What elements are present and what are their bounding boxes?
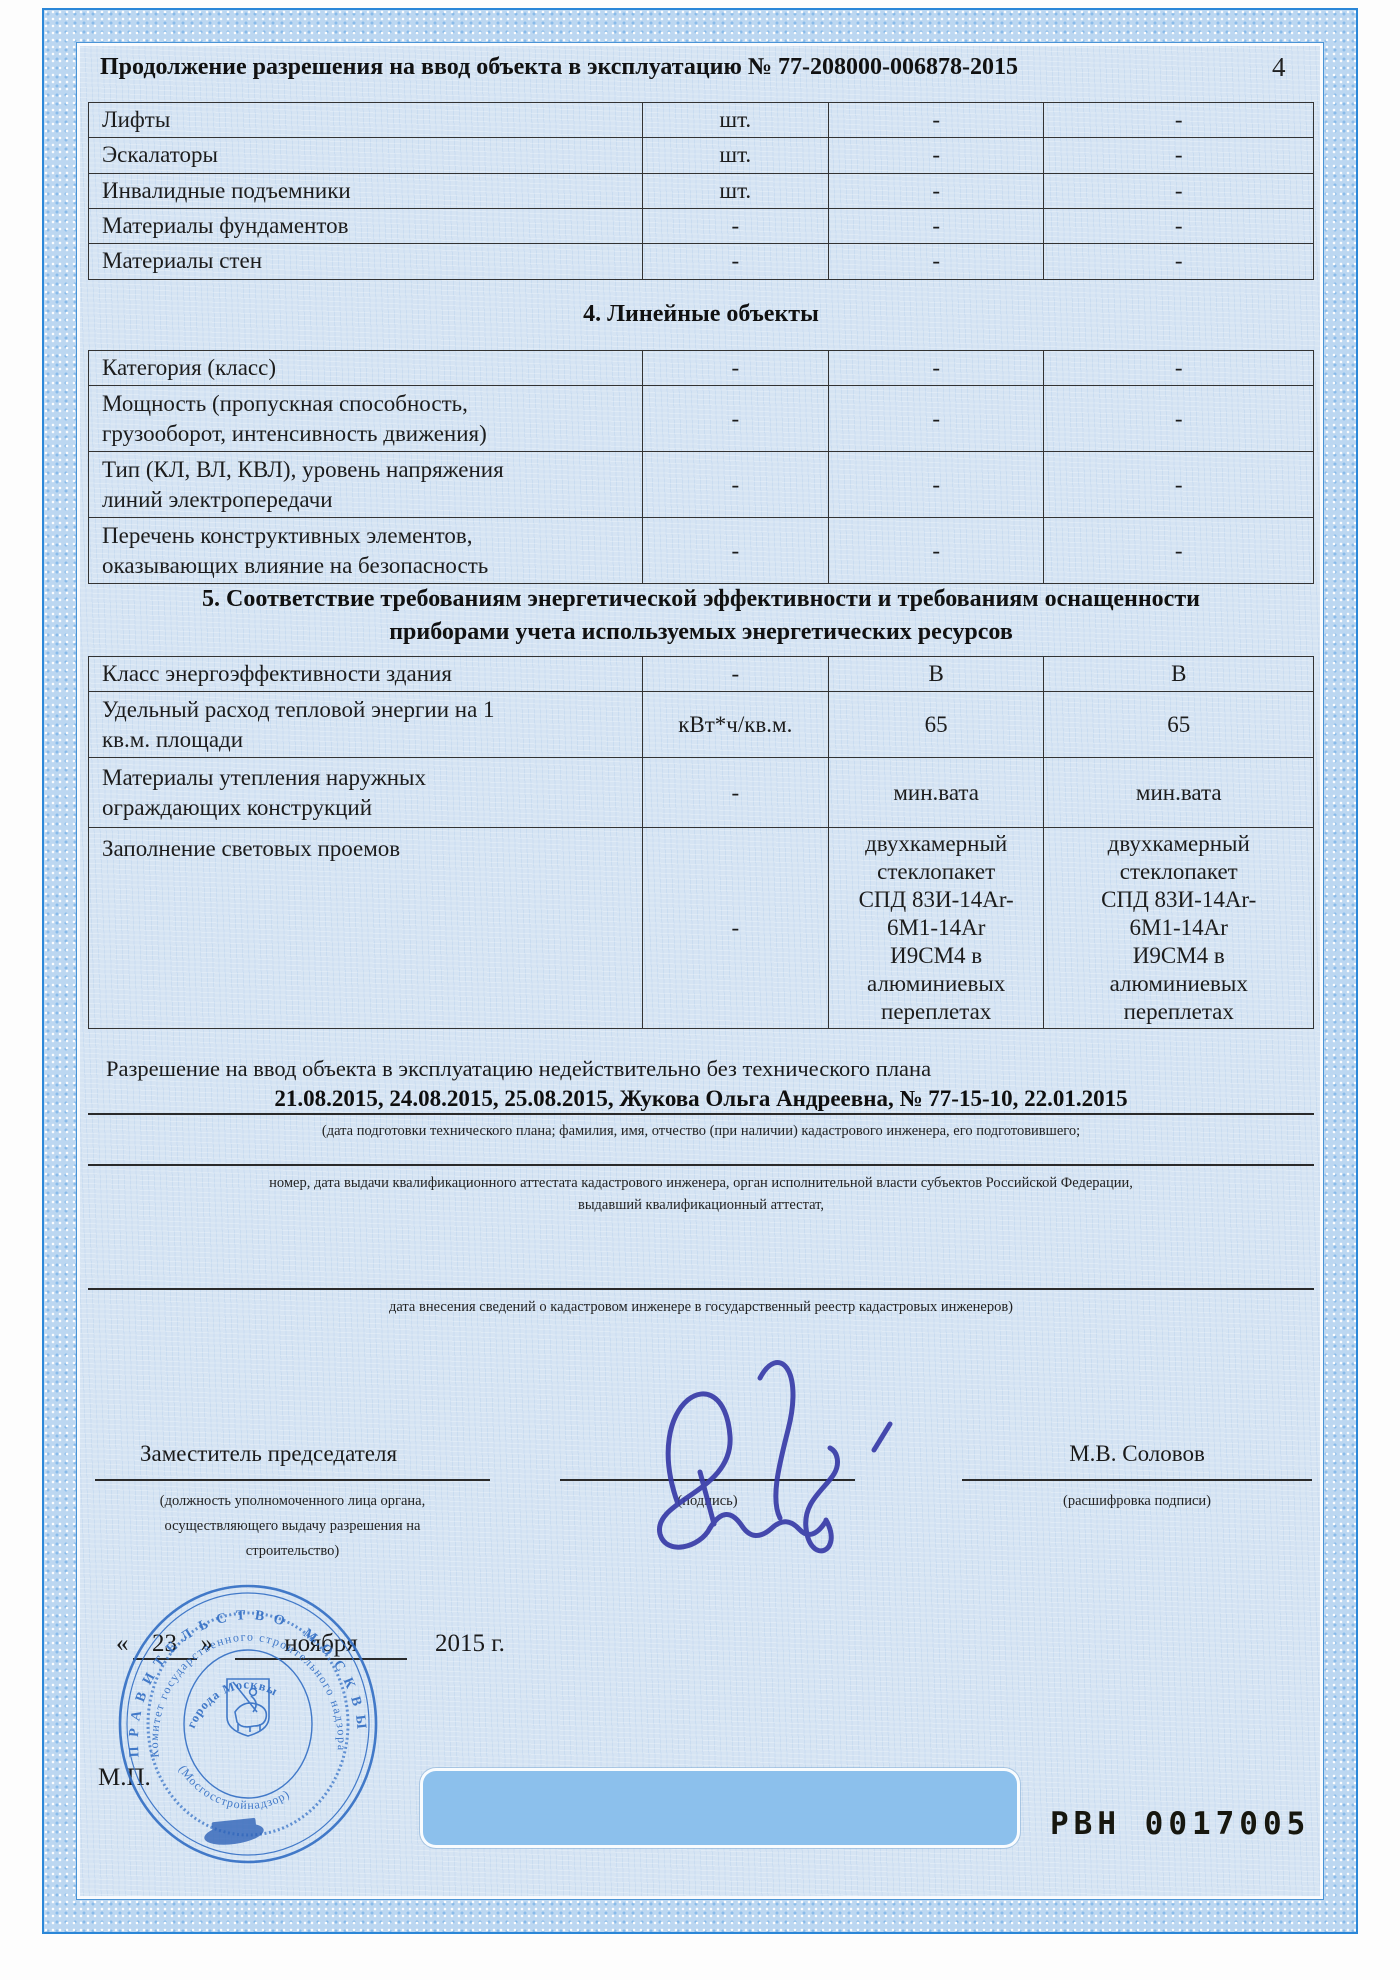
handwritten-signature: [582, 1352, 912, 1562]
caption-plan-preparation: (дата подготовки технического плана; фам…: [88, 1120, 1314, 1142]
table-linear-objects: Категория (класс)--- Мощность (пропускна…: [88, 350, 1314, 584]
rule-line: [88, 1288, 1314, 1290]
caption-position: (должность уполномоченного лица органа, …: [95, 1489, 490, 1564]
date-year: 2015 г.: [435, 1630, 505, 1657]
signer-position: Заместитель председателя: [140, 1441, 397, 1467]
table-row: Лифтышт.--: [89, 103, 1314, 138]
page-number: 4: [1272, 52, 1286, 83]
table-row: Мощность (пропускная способность, грузоо…: [89, 386, 1314, 452]
section5-heading: 5. Соответствие требованиям энергетическ…: [88, 583, 1314, 649]
svg-text:(Мосгосстройнадзор): (Мосгосстройнадзор): [176, 1762, 292, 1812]
document-title: Продолжение разрешения на ввод объекта в…: [100, 54, 1240, 81]
table-row: Материалы стен---: [89, 244, 1314, 279]
table-row: Инвалидные подъемникишт.--: [89, 173, 1314, 208]
table-row: Перечень конструктивных элементов, оказы…: [89, 518, 1314, 584]
caption-name: (расшифровка подписи): [962, 1489, 1312, 1514]
official-round-stamp: ПРАВИТЕЛЬСТВО МОСКВЫ Комитет государстве…: [116, 1582, 380, 1866]
form-serial-number: РВН 0017005: [1050, 1806, 1310, 1842]
table-row: Тип (КЛ, ВЛ, КВЛ), уровень напряжения ли…: [89, 452, 1314, 518]
table-equipment: Лифтышт.-- Эскалаторышт.-- Инвалидные по…: [88, 102, 1314, 280]
note-invalid-without-plan: Разрешение на ввод объекта в эксплуатаци…: [106, 1056, 1306, 1082]
table-row: Материалы фундаментов---: [89, 209, 1314, 244]
blank-field-bar: [420, 1768, 1020, 1848]
signature-line: [95, 1479, 490, 1481]
table-row: Эскалаторышт.--: [89, 138, 1314, 173]
svg-text:города Москвы: города Москвы: [184, 1677, 280, 1730]
table-row: Класс энергоэффективности здания-ВВ: [89, 657, 1314, 692]
stamp-city-text: города Москвы: [184, 1677, 280, 1730]
table-energy-efficiency: Класс энергоэффективности здания-ВВ Удел…: [88, 656, 1314, 1029]
signer-name: М.В. Соловов: [962, 1441, 1312, 1467]
rule-line: [88, 1113, 1314, 1115]
table-row: Удельный расход тепловой энергии на 1 кв…: [89, 692, 1314, 758]
table-row: Материалы утепления наружных ограждающих…: [89, 758, 1314, 828]
rule-line: [88, 1164, 1314, 1166]
caption-registry: дата внесения сведений о кадастровом инж…: [88, 1296, 1314, 1318]
caption-attestation: номер, дата выдачи квалификационного атт…: [88, 1172, 1314, 1216]
section4-heading: 4. Линейные объекты: [88, 298, 1314, 331]
table-row: Заполнение световых проемов-двухкамерный…: [89, 828, 1314, 1029]
cadastral-engineer-values: 21.08.2015, 24.08.2015, 25.08.2015, Жуко…: [88, 1086, 1314, 1112]
signature-line: [962, 1479, 1312, 1481]
document-page: Продолжение разрешения на ввод объекта в…: [0, 0, 1400, 1980]
table-row: Категория (класс)---: [89, 351, 1314, 386]
stamp-org-short-text: (Мосгосстройнадзор): [176, 1762, 292, 1812]
